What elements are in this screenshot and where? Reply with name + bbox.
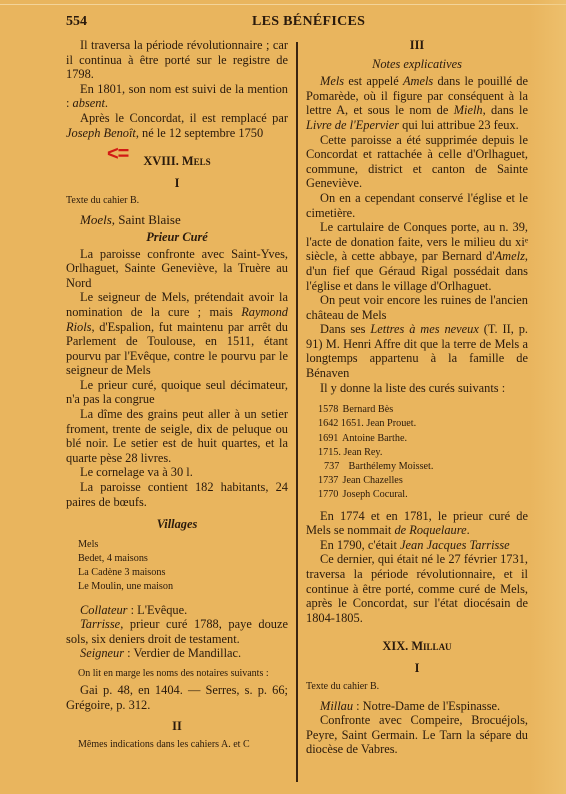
source-note: Texte du cahier B. bbox=[306, 680, 528, 693]
notes-heading: Notes explicatives bbox=[306, 57, 528, 72]
paragraph: En 1774 et en 1781, le prieur curé de Me… bbox=[306, 509, 528, 538]
paragraph: Après le Concordat, il est remplacé par … bbox=[66, 111, 288, 140]
paragraph: Le cartulaire de Conques porte, au n. 39… bbox=[306, 220, 528, 293]
list-item: 737 Barthélemy Moisset. bbox=[318, 460, 528, 474]
paragraph: Il traversa la période révolutionnaire ;… bbox=[66, 38, 288, 82]
roman-numeral: I bbox=[306, 661, 528, 676]
paragraph: On peut voir encore les ruines de l'anci… bbox=[306, 293, 528, 322]
cures-list: 1578 Bernard Bès 1642 1651. Jean Prouet.… bbox=[318, 403, 528, 502]
paragraph: La paroisse confronte avec Saint-Yves, O… bbox=[66, 247, 288, 291]
page-header: 554 LES BÉNÉFICES bbox=[66, 14, 496, 34]
roman-numeral: II bbox=[66, 719, 288, 734]
list-item: Bedet, 4 maisons bbox=[78, 552, 288, 566]
subheading: Prieur Curé bbox=[66, 230, 288, 245]
paragraph: Ce dernier, qui était né le 27 février 1… bbox=[306, 552, 528, 625]
paragraph: Tarrisse, prieur curé 1788, paye douze s… bbox=[66, 617, 288, 646]
paragraph: Confronte avec Compeire, Brocuéjols, Pey… bbox=[306, 713, 528, 757]
column-divider bbox=[296, 42, 298, 782]
paragraph: En 1790, c'était Jean Jacques Tarrisse bbox=[306, 538, 528, 553]
list-item: 1737 Jean Chazelles bbox=[318, 474, 528, 488]
roman-numeral: III bbox=[306, 38, 528, 53]
list-item: 1642 1651. Jean Prouet. bbox=[318, 417, 528, 431]
right-column: III Notes explicatives Mels est appelé A… bbox=[306, 38, 528, 757]
paragraph: Il y donne la liste des curés suivants : bbox=[306, 381, 528, 396]
list-item: Mels bbox=[78, 538, 288, 552]
list-item: 1770 Joseph Cocural. bbox=[318, 488, 528, 502]
paragraph: Cette paroisse a été supprimée depuis le… bbox=[306, 133, 528, 191]
paragraph: En 1801, son nom est suivi de la mention… bbox=[66, 82, 288, 111]
paragraph: On en a cependant conservé l'église et l… bbox=[306, 191, 528, 220]
paragraph: Mels est appelé Amels dans le pouillé de… bbox=[306, 74, 528, 132]
list-item: 1715. Jean Rey. bbox=[318, 446, 528, 460]
paragraph: Le cornelage va à 30 l. bbox=[66, 465, 288, 480]
left-column: Il traversa la période révolutionnaire ;… bbox=[66, 38, 288, 751]
paragraph: Millau : Notre-Dame de l'Espinasse. bbox=[306, 699, 528, 714]
list-item: 1691 Antoine Barthe. bbox=[318, 432, 528, 446]
section-heading-xviii: XVIII. Mels bbox=[66, 154, 288, 169]
page-number: 554 bbox=[66, 14, 87, 30]
running-title: LES BÉNÉFICES bbox=[252, 14, 365, 30]
paragraph: Dans ses Lettres à mes neveux (T. II, p.… bbox=[306, 322, 528, 380]
paragraph: Le seigneur de Mels, prétendait avoir la… bbox=[66, 290, 288, 378]
margin-note: On lit en marge les noms des notaires su… bbox=[66, 667, 288, 680]
roman-numeral: I bbox=[66, 176, 288, 191]
source-note: Mêmes indications dans les cahiers A. et… bbox=[66, 738, 288, 751]
paragraph: Seigneur : Verdier de Mandillac. bbox=[66, 646, 288, 661]
page-right-edge bbox=[530, 0, 566, 794]
paragraph: La dîme des grains peut aller à un setie… bbox=[66, 407, 288, 465]
source-note: Texte du cahier B. bbox=[66, 194, 288, 207]
list-item: La Cadène 3 maisons bbox=[78, 566, 288, 580]
list-item: 1578 Bernard Bès bbox=[318, 403, 528, 417]
villages-list: Mels Bedet, 4 maisons La Cadène 3 maison… bbox=[78, 538, 288, 595]
list-item: Le Moulin, une maison bbox=[78, 580, 288, 594]
paragraph: Le prieur curé, quoique seul décimateur,… bbox=[66, 378, 288, 407]
paragraph: Collateur : L'Evêque. bbox=[66, 603, 288, 618]
page-top-edge bbox=[0, 4, 566, 5]
paragraph: Moels, Saint Blaise bbox=[66, 213, 288, 228]
paragraph: Gai p. 48, en 1404. — Serres, s. p. 66; … bbox=[66, 683, 288, 712]
paragraph: La paroisse contient 182 habitants, 24 p… bbox=[66, 480, 288, 509]
villages-heading: Villages bbox=[66, 517, 288, 532]
section-heading-xix: XIX. Millau bbox=[306, 639, 528, 654]
